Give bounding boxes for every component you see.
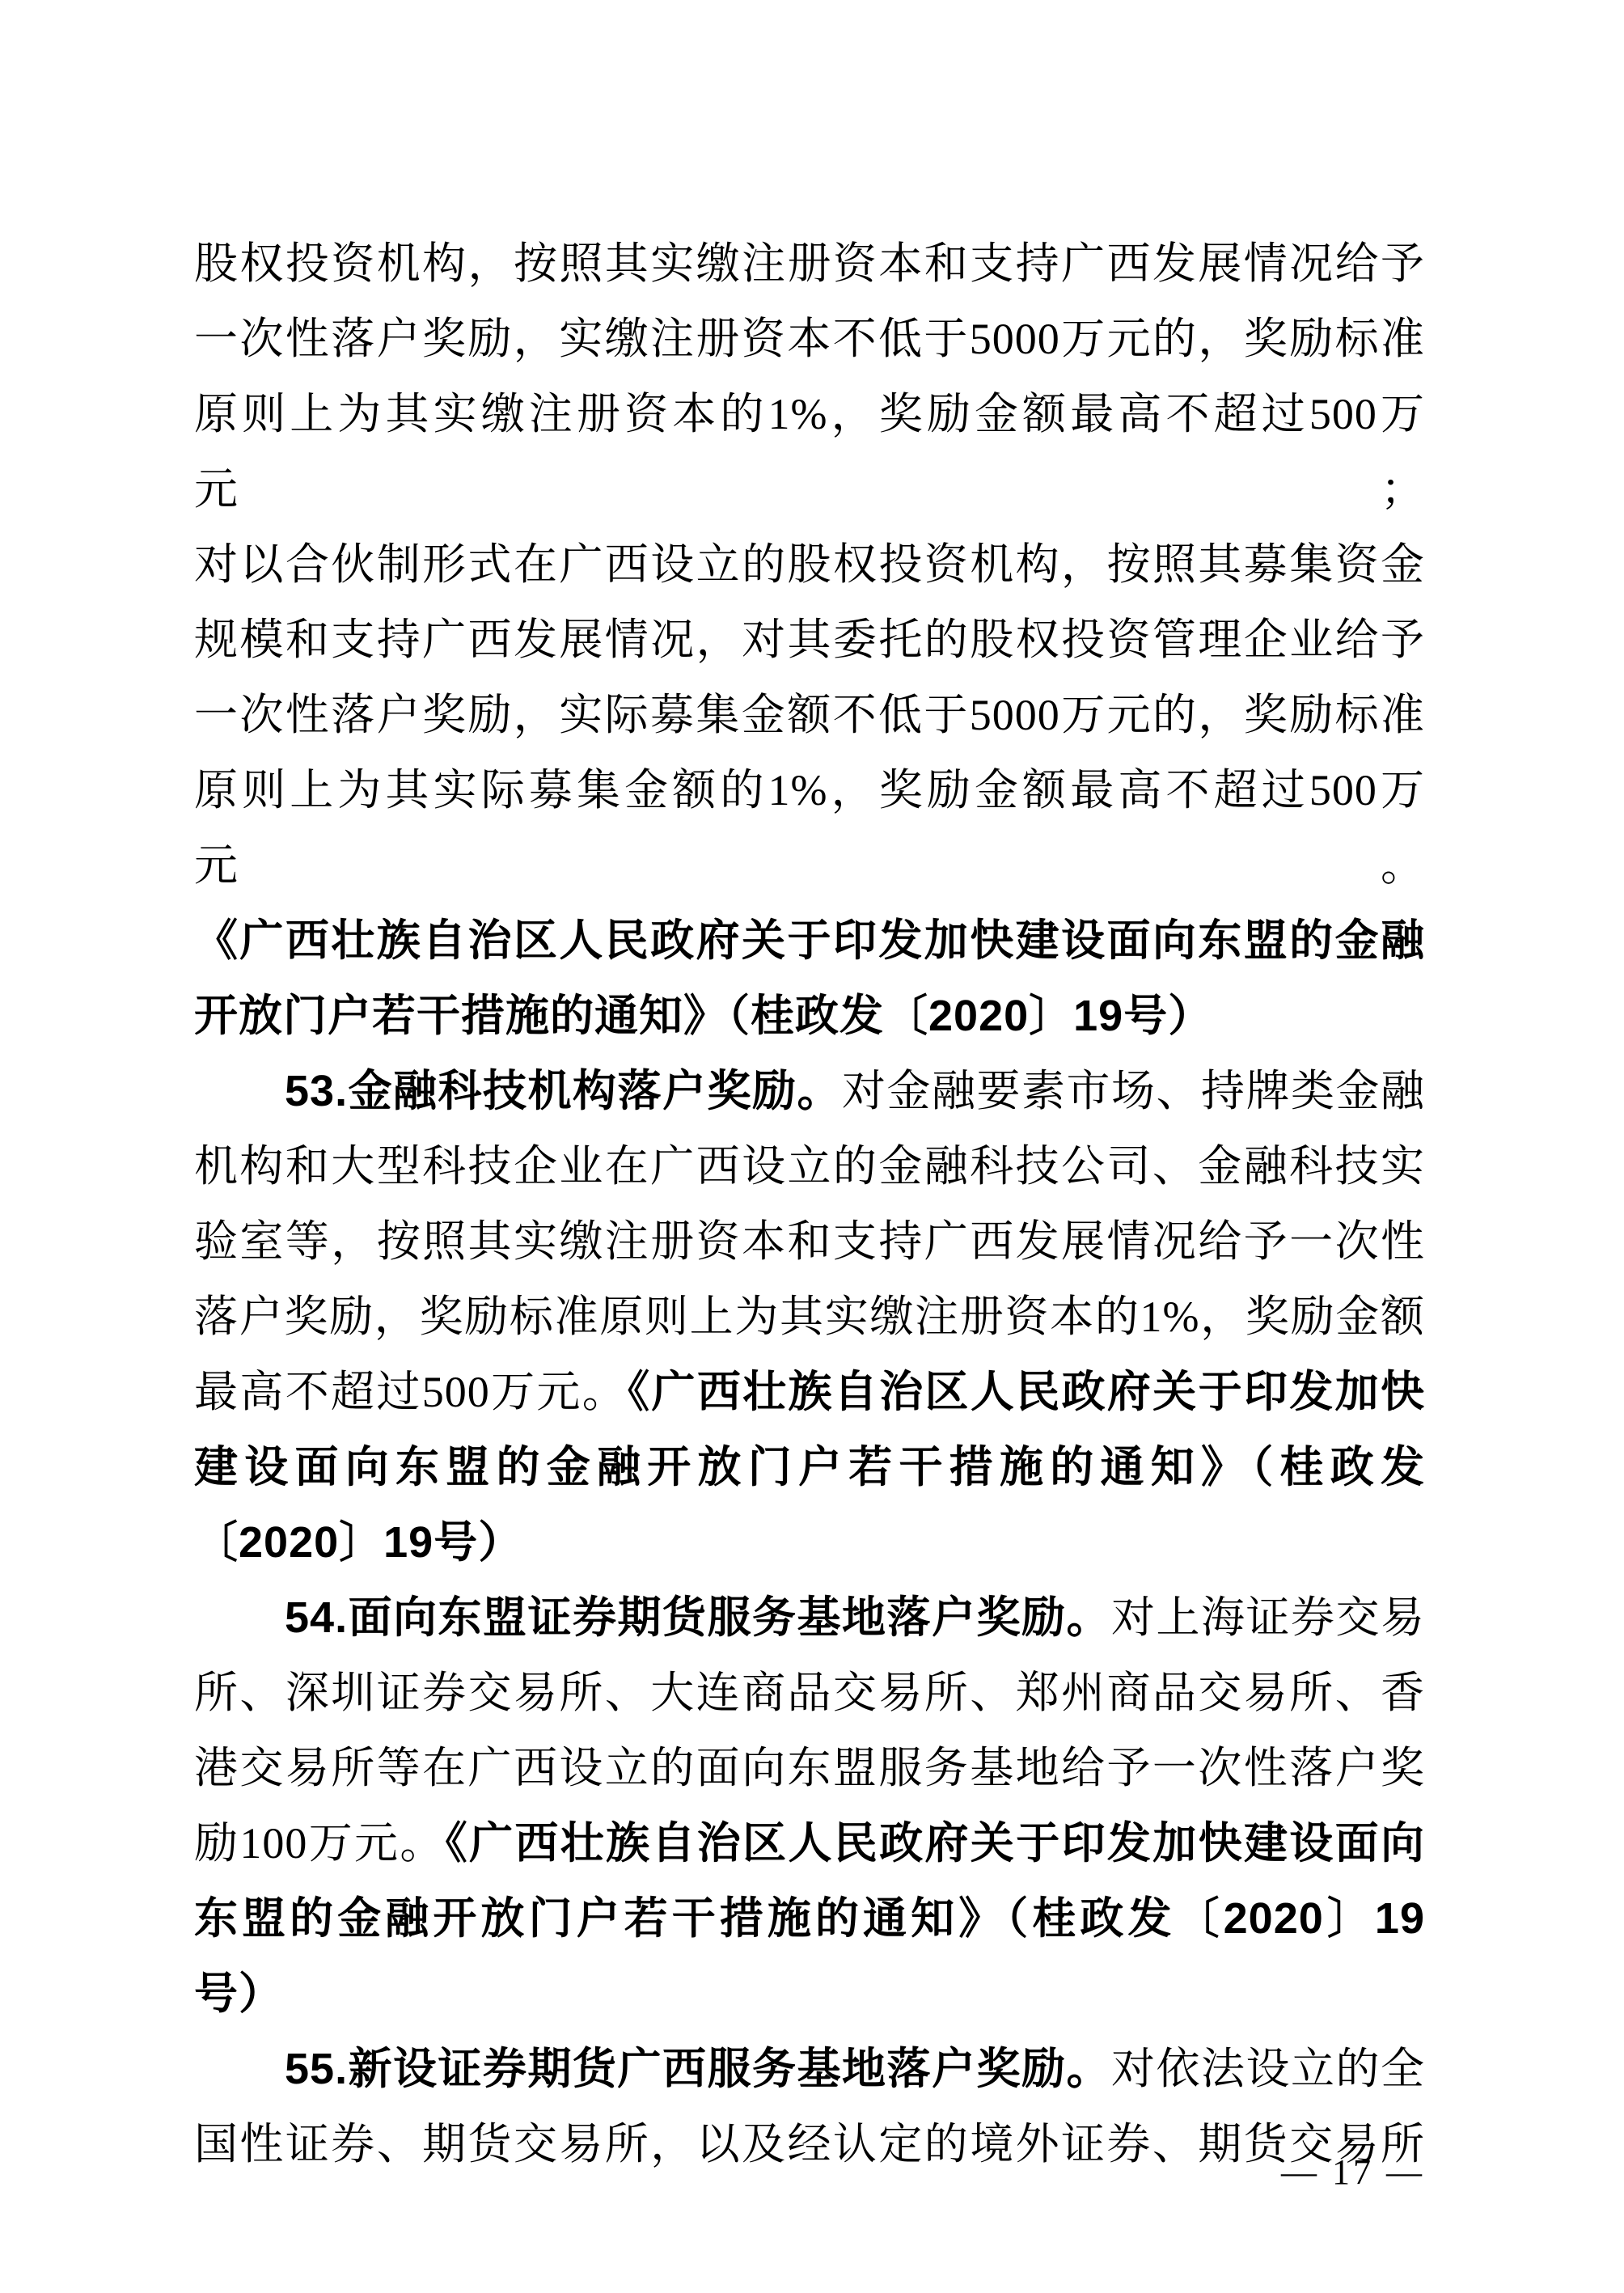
text-line: 一次性落户奖励，实缴注册资本不低于5000万元的，奖励标准 — [194, 302, 1425, 377]
bold-text-segment: 《广西壮族自治区人民政府关于印发加快 — [628, 1368, 1425, 1416]
text-segment: 股权投资机构，按照其实缴注册资本和支持广西发展情况给予 — [194, 239, 1425, 288]
text-line: 〔2020〕19号） — [194, 1505, 1425, 1580]
text-line: 《广西壮族自治区人民政府关于印发加快建设面向东盟的金融 — [194, 903, 1425, 979]
text-segment: 港交易所等在广西设立的面向东盟服务基地给予一次性落户奖 — [194, 1744, 1425, 1792]
document-body: 股权投资机构，按照其实缴注册资本和支持广西发展情况给予一次性落户奖励，实缴注册资… — [194, 226, 1425, 2182]
text-line: 落户奖励，奖励标准原则上为其实缴注册资本的1%，奖励金额 — [194, 1280, 1425, 1355]
bold-text-segment: 《广西壮族自治区人民政府关于印发加快建设面向 — [446, 1819, 1425, 1868]
text-line: 开放门户若干措施的通知》（桂政发〔2020〕19号） — [194, 979, 1425, 1054]
text-segment: 落户奖励，奖励标准原则上为其实缴注册资本的1%，奖励金额 — [194, 1292, 1425, 1341]
text-segment: 对依法设立的全 — [1111, 2045, 1425, 2093]
text-segment: 励100万元。 — [194, 1819, 446, 1868]
text-segment: 一次性落户奖励，实缴注册资本不低于5000万元的，奖励标准 — [194, 315, 1425, 363]
bold-text-segment: 〔2020〕19号） — [194, 1518, 522, 1567]
text-line: 号） — [194, 1957, 1425, 2032]
bold-text-segment: 开放门户若干措施的通知》（桂政发〔2020〕19号） — [194, 992, 1212, 1040]
bold-text-segment: 《广西壮族自治区人民政府关于印发加快建设面向东盟的金融 — [194, 916, 1425, 965]
text-segment: 所、深圳证券交易所、大连商品交易所、郑州商品交易所、香 — [194, 1669, 1425, 1717]
text-line: 建设面向东盟的金融开放门户若干措施的通知》（桂政发 — [194, 1430, 1425, 1505]
text-segment: 机构和大型科技企业在广西设立的金融科技公司、金融科技实 — [194, 1142, 1425, 1191]
text-segment: 验室等，按照其实缴注册资本和支持广西发展情况给予一次性 — [194, 1217, 1425, 1266]
text-line: 55.新设证券期货广西服务基地落户奖励。对依法设立的全 — [194, 2032, 1425, 2107]
text-line: 54.面向东盟证券期货服务基地落户奖励。对上海证券交易 — [194, 1580, 1425, 1656]
text-line: 最高不超过500万元。《广西壮族自治区人民政府关于印发加快 — [194, 1355, 1425, 1430]
text-line: 港交易所等在广西设立的面向东盟服务基地给予一次性落户奖 — [194, 1731, 1425, 1806]
bold-text-segment: 东盟的金融开放门户若干措施的通知》（桂政发〔2020〕19 — [194, 1894, 1425, 1943]
text-line: 股权投资机构，按照其实缴注册资本和支持广西发展情况给予 — [194, 226, 1425, 302]
text-segment: 对金融要素市场、持牌类金融 — [842, 1067, 1425, 1115]
text-segment: 一次性落户奖励，实际募集金额不低于5000万元的，奖励标准 — [194, 691, 1425, 739]
text-segment: 对以合伙制形式在广西设立的股权投资机构，按照其募集资金 — [194, 540, 1425, 589]
text-line: 原则上为其实缴注册资本的1%，奖励金额最高不超过500万元； — [194, 377, 1425, 527]
text-line: 机构和大型科技企业在广西设立的金融科技公司、金融科技实 — [194, 1129, 1425, 1204]
text-line: 励100万元。《广西壮族自治区人民政府关于印发加快建设面向 — [194, 1806, 1425, 1881]
text-line: 验室等，按照其实缴注册资本和支持广西发展情况给予一次性 — [194, 1204, 1425, 1280]
page-number: — 17 — — [1281, 2150, 1425, 2195]
bold-text-segment: 53.金融科技机构落户奖励。 — [285, 1067, 842, 1115]
text-line: 规模和支持广西发展情况，对其委托的股权投资管理企业给予 — [194, 603, 1425, 678]
text-segment: 规模和支持广西发展情况，对其委托的股权投资管理企业给予 — [194, 616, 1425, 664]
text-line: 一次性落户奖励，实际募集金额不低于5000万元的，奖励标准 — [194, 678, 1425, 753]
text-line: 原则上为其实际募集金额的1%，奖励金额最高不超过500万元。 — [194, 753, 1425, 903]
document-page: 股权投资机构，按照其实缴注册资本和支持广西发展情况给予一次性落户奖励，实缴注册资… — [0, 0, 1624, 2293]
text-line: 国性证券、期货交易所，以及经认定的境外证券、期货交易所 — [194, 2107, 1425, 2182]
text-line: 所、深圳证券交易所、大连商品交易所、郑州商品交易所、香 — [194, 1656, 1425, 1731]
bold-text-segment: 54.面向东盟证券期货服务基地落户奖励。 — [285, 1593, 1111, 1642]
bold-text-segment: 建设面向东盟的金融开放门户若干措施的通知》（桂政发 — [194, 1443, 1425, 1491]
text-line: 东盟的金融开放门户若干措施的通知》（桂政发〔2020〕19 — [194, 1881, 1425, 1957]
text-line: 53.金融科技机构落户奖励。对金融要素市场、持牌类金融 — [194, 1054, 1425, 1129]
bold-text-segment: 55.新设证券期货广西服务基地落户奖励。 — [285, 2045, 1111, 2093]
text-line: 对以合伙制形式在广西设立的股权投资机构，按照其募集资金 — [194, 527, 1425, 603]
text-segment: 原则上为其实际募集金额的1%，奖励金额最高不超过500万元。 — [194, 766, 1425, 890]
text-segment: 国性证券、期货交易所，以及经认定的境外证券、期货交易所 — [194, 2120, 1425, 2168]
text-segment: 对上海证券交易 — [1111, 1593, 1425, 1642]
text-segment: 最高不超过500万元。 — [194, 1368, 628, 1416]
text-segment: 原则上为其实缴注册资本的1%，奖励金额最高不超过500万元； — [194, 390, 1425, 514]
bold-text-segment: 号） — [194, 1969, 283, 2018]
